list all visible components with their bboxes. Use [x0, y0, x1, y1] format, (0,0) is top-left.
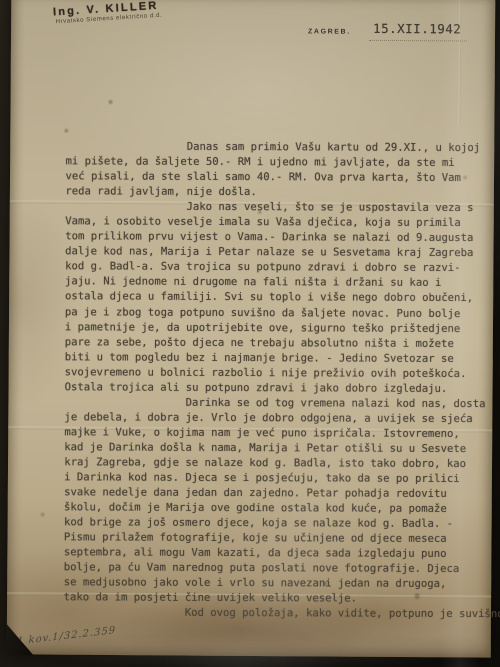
dateline-date: 15.XII.1942 — [373, 21, 461, 37]
handwritten-inventory-number: 1 kov.1/32.2.359 — [17, 625, 116, 648]
dateline-place: ZAGREB. — [308, 28, 351, 35]
letter-paper: Ing. V. KILLER Hrvatsko Siemens električ… — [7, 0, 496, 658]
dateline-dotted-line — [369, 39, 467, 42]
photo-background: Ing. V. KILLER Hrvatsko Siemens električ… — [0, 0, 500, 667]
fold-crease-vertical — [458, 0, 461, 125]
letterhead-stamp: Ing. V. KILLER Hrvatsko Siemens električ… — [53, 0, 163, 25]
letter-body-text: Danas sam primio Vašu kartu od 29.XI., u… — [64, 139, 490, 622]
